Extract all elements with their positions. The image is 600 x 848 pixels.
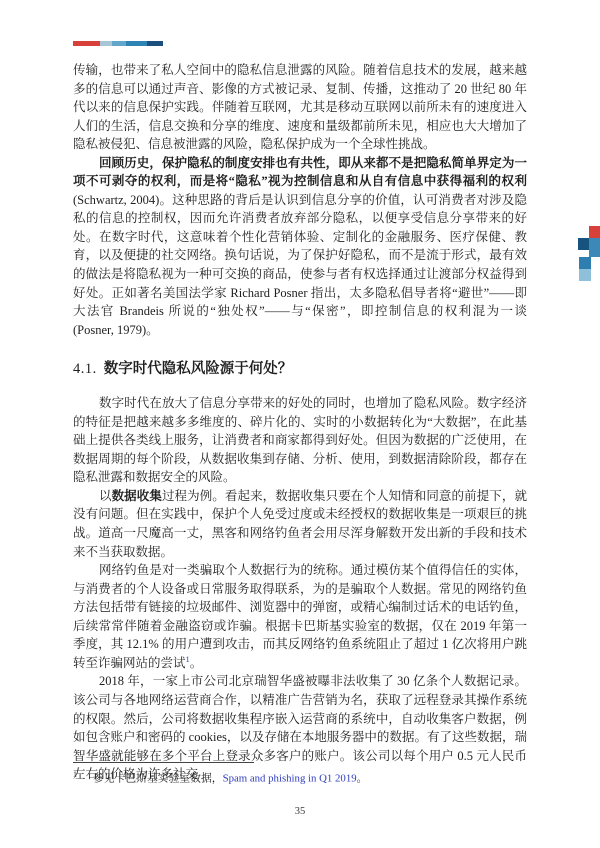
brand-bar-segment (126, 41, 147, 46)
brand-bar-segment (100, 41, 112, 46)
text-segment: 。 (357, 773, 368, 785)
brand-bar-segment (112, 41, 126, 46)
footnote: 1参见卡巴斯基实验室数据，Spam and phishing in Q1 201… (73, 768, 527, 786)
text-segment: 。 (190, 656, 203, 670)
footnote-marker: 1 (73, 770, 77, 779)
decoration-square (589, 238, 600, 257)
body-paragraph: 网络钓鱼是对一类骗取个人数据行为的统称。通过模仿某个值得信任的实体，与消费者的个… (73, 561, 527, 672)
footnote-text: 参见卡巴斯基实验室数据，Spam and phishing in Q1 2019… (93, 773, 367, 785)
text-segment: 网络钓鱼是对一类骗取个人数据行为的统称。通过模仿某个值得信任的实体，与消费者的个… (73, 563, 527, 670)
footnote-area: 1参见卡巴斯基实验室数据，Spam and phishing in Q1 201… (73, 762, 527, 786)
brand-bar-segment (73, 41, 100, 46)
decoration-square (589, 226, 600, 238)
text-segment: 参见卡巴斯基实验室数据， (93, 773, 223, 785)
body-paragraph: 数字时代在放大了信息分享带来的好处的同时，也增加了隐私风险。数字经济的特征是把越… (73, 394, 527, 487)
brand-logo-bar (73, 41, 163, 46)
text-segment: 传输，也带来了私人空间中的隐私信息泄露的风险。随着信息技术的发展，越来越多的信息… (73, 63, 527, 151)
text-segment: 以 (99, 489, 112, 503)
footnote-separator (73, 762, 254, 763)
text-segment: 回顾历史，保护隐私的制度安排也有共性，即从来都不是把隐私简单界定为一项不可剥夺的… (73, 156, 527, 189)
body-paragraph: 以数据收集过程为例。看起来，数据收集只要在个人知情和同意的前提下，就没有问题。但… (73, 487, 527, 561)
section-title: 数字时代隐私风险源于何处？ (104, 361, 293, 377)
decoration-square (578, 238, 589, 250)
body-paragraph: 传输，也带来了私人空间中的隐私信息泄露的风险。随着信息技术的发展，越来越多的信息… (73, 61, 527, 154)
page-body: 传输，也带来了私人空间中的隐私信息泄露的风险。随着信息技术的发展，越来越多的信息… (73, 61, 527, 784)
edge-squares-decoration (570, 0, 600, 300)
body-paragraph: 回顾历史，保护隐私的制度安排也有共性，即从来都不是把隐私简单界定为一项不可剥夺的… (73, 154, 527, 339)
brand-bar-segment (147, 41, 163, 46)
decoration-square (579, 269, 591, 281)
text-segment: 数字时代在放大了信息分享带来的好处的同时，也增加了隐私风险。数字经济的特征是把越… (73, 396, 527, 484)
page-number: 35 (0, 806, 600, 817)
text-segment: (Schwartz, 2004)。这种思路的背后是认识到信息分享的价值，认可消费… (73, 193, 527, 337)
document-page: 传输，也带来了私人空间中的隐私信息泄露的风险。随着信息技术的发展，越来越多的信息… (0, 0, 600, 848)
footnote-link[interactable]: Spam and phishing in Q1 2019 (223, 773, 357, 785)
section-number: 4.1. (73, 361, 97, 377)
decoration-square (579, 257, 591, 269)
section-heading: 4.1.数字时代隐私风险源于何处？ (73, 359, 527, 379)
text-segment: 数据收集 (112, 489, 162, 503)
